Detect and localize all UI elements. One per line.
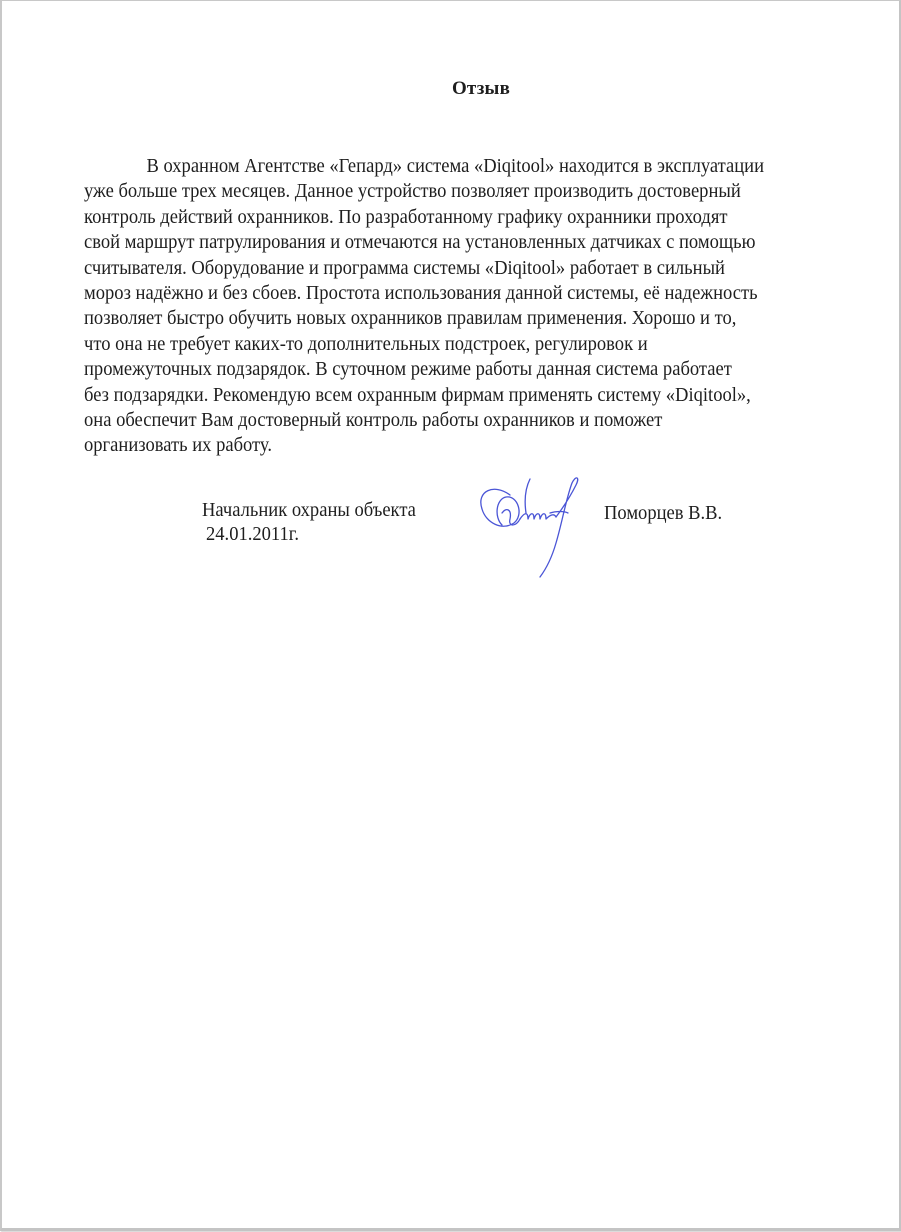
body-line: позволяет быстро обучить новых охраннико…	[84, 306, 808, 331]
body-line: промежуточных подзарядок. В суточном реж…	[84, 357, 808, 382]
body-line: что она не требует каких-то дополнительн…	[84, 332, 808, 357]
body-line: она обеспечит Вам достоверный контроль р…	[84, 408, 808, 433]
document-page: Отзыв В охранном Агентстве «Гепард» сист…	[0, 0, 901, 1231]
body-line: контроль действий охранников. По разрабо…	[84, 205, 808, 230]
handwritten-signature-icon	[472, 473, 602, 583]
body-line: В охранном Агентстве «Гепард» система «D…	[84, 154, 808, 179]
signer-name: Поморцев В.В.	[604, 502, 722, 525]
body-line: свой маршрут патрулирования и отмечаются…	[84, 230, 808, 255]
body-line: уже больше трех месяцев. Данное устройст…	[84, 179, 808, 204]
signature-date: 24.01.2011г.	[206, 523, 299, 546]
body-line: организовать их работу.	[84, 433, 808, 458]
body-line: без подзарядки. Рекомендую всем охранным…	[84, 383, 808, 408]
document-title: Отзыв	[2, 78, 901, 100]
body-line: считывателя. Оборудование и программа си…	[84, 256, 808, 281]
body-line: мороз надёжно и без сбоев. Простота испо…	[84, 281, 808, 306]
document-body: В охранном Агентстве «Гепард» система «D…	[84, 154, 808, 459]
signer-position: Начальник охраны объекта	[202, 499, 416, 522]
